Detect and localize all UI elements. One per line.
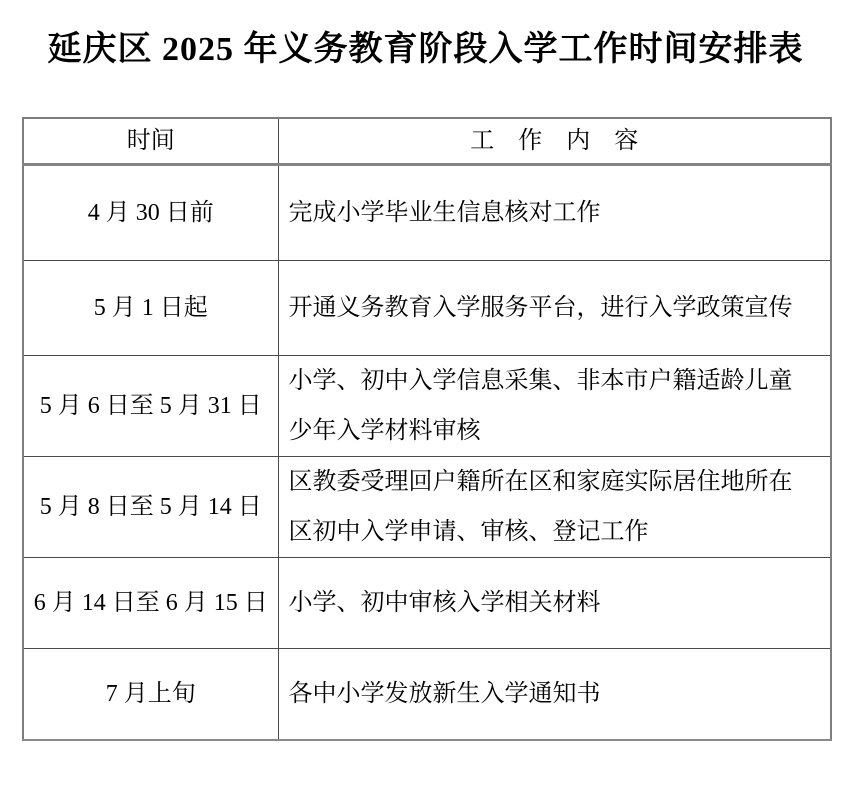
document-page: 延庆区 2025 年义务教育阶段入学工作时间安排表 时间 工 作 内 容 4 月… xyxy=(0,0,851,787)
table-header-row: 时间 工 作 内 容 xyxy=(23,118,831,165)
content-cell: 小学、初中入学信息采集、非本市户籍适龄儿童少年入学材料审核 xyxy=(278,356,831,457)
content-cell: 各中小学发放新生入学通知书 xyxy=(278,649,831,741)
content-cell: 开通义务教育入学服务平台，进行入学政策宣传 xyxy=(278,261,831,356)
header-content-cell: 工 作 内 容 xyxy=(278,118,831,165)
page-title: 延庆区 2025 年义务教育阶段入学工作时间安排表 xyxy=(0,0,851,71)
header-time-cell: 时间 xyxy=(23,118,278,165)
time-cell: 5 月 6 日至 5 月 31 日 xyxy=(23,356,278,457)
content-cell: 完成小学毕业生信息核对工作 xyxy=(278,165,831,261)
table-row: 6 月 14 日至 6 月 15 日 小学、初中审核入学相关材料 xyxy=(23,558,831,649)
time-cell: 4 月 30 日前 xyxy=(23,165,278,261)
content-cell: 区教委受理回户籍所在区和家庭实际居住地所在区初中入学申请、审核、登记工作 xyxy=(278,457,831,558)
table-row: 5 月 6 日至 5 月 31 日 小学、初中入学信息采集、非本市户籍适龄儿童少… xyxy=(23,356,831,457)
table-row: 5 月 8 日至 5 月 14 日 区教委受理回户籍所在区和家庭实际居住地所在区… xyxy=(23,457,831,558)
time-cell: 5 月 8 日至 5 月 14 日 xyxy=(23,457,278,558)
table-row: 5 月 1 日起 开通义务教育入学服务平台，进行入学政策宣传 xyxy=(23,261,831,356)
time-cell: 5 月 1 日起 xyxy=(23,261,278,356)
time-cell: 7 月上旬 xyxy=(23,649,278,741)
table-row: 7 月上旬 各中小学发放新生入学通知书 xyxy=(23,649,831,741)
content-cell: 小学、初中审核入学相关材料 xyxy=(278,558,831,649)
schedule-table: 时间 工 作 内 容 4 月 30 日前 完成小学毕业生信息核对工作 5 月 1… xyxy=(22,117,832,741)
time-cell: 6 月 14 日至 6 月 15 日 xyxy=(23,558,278,649)
table-row: 4 月 30 日前 完成小学毕业生信息核对工作 xyxy=(23,165,831,261)
